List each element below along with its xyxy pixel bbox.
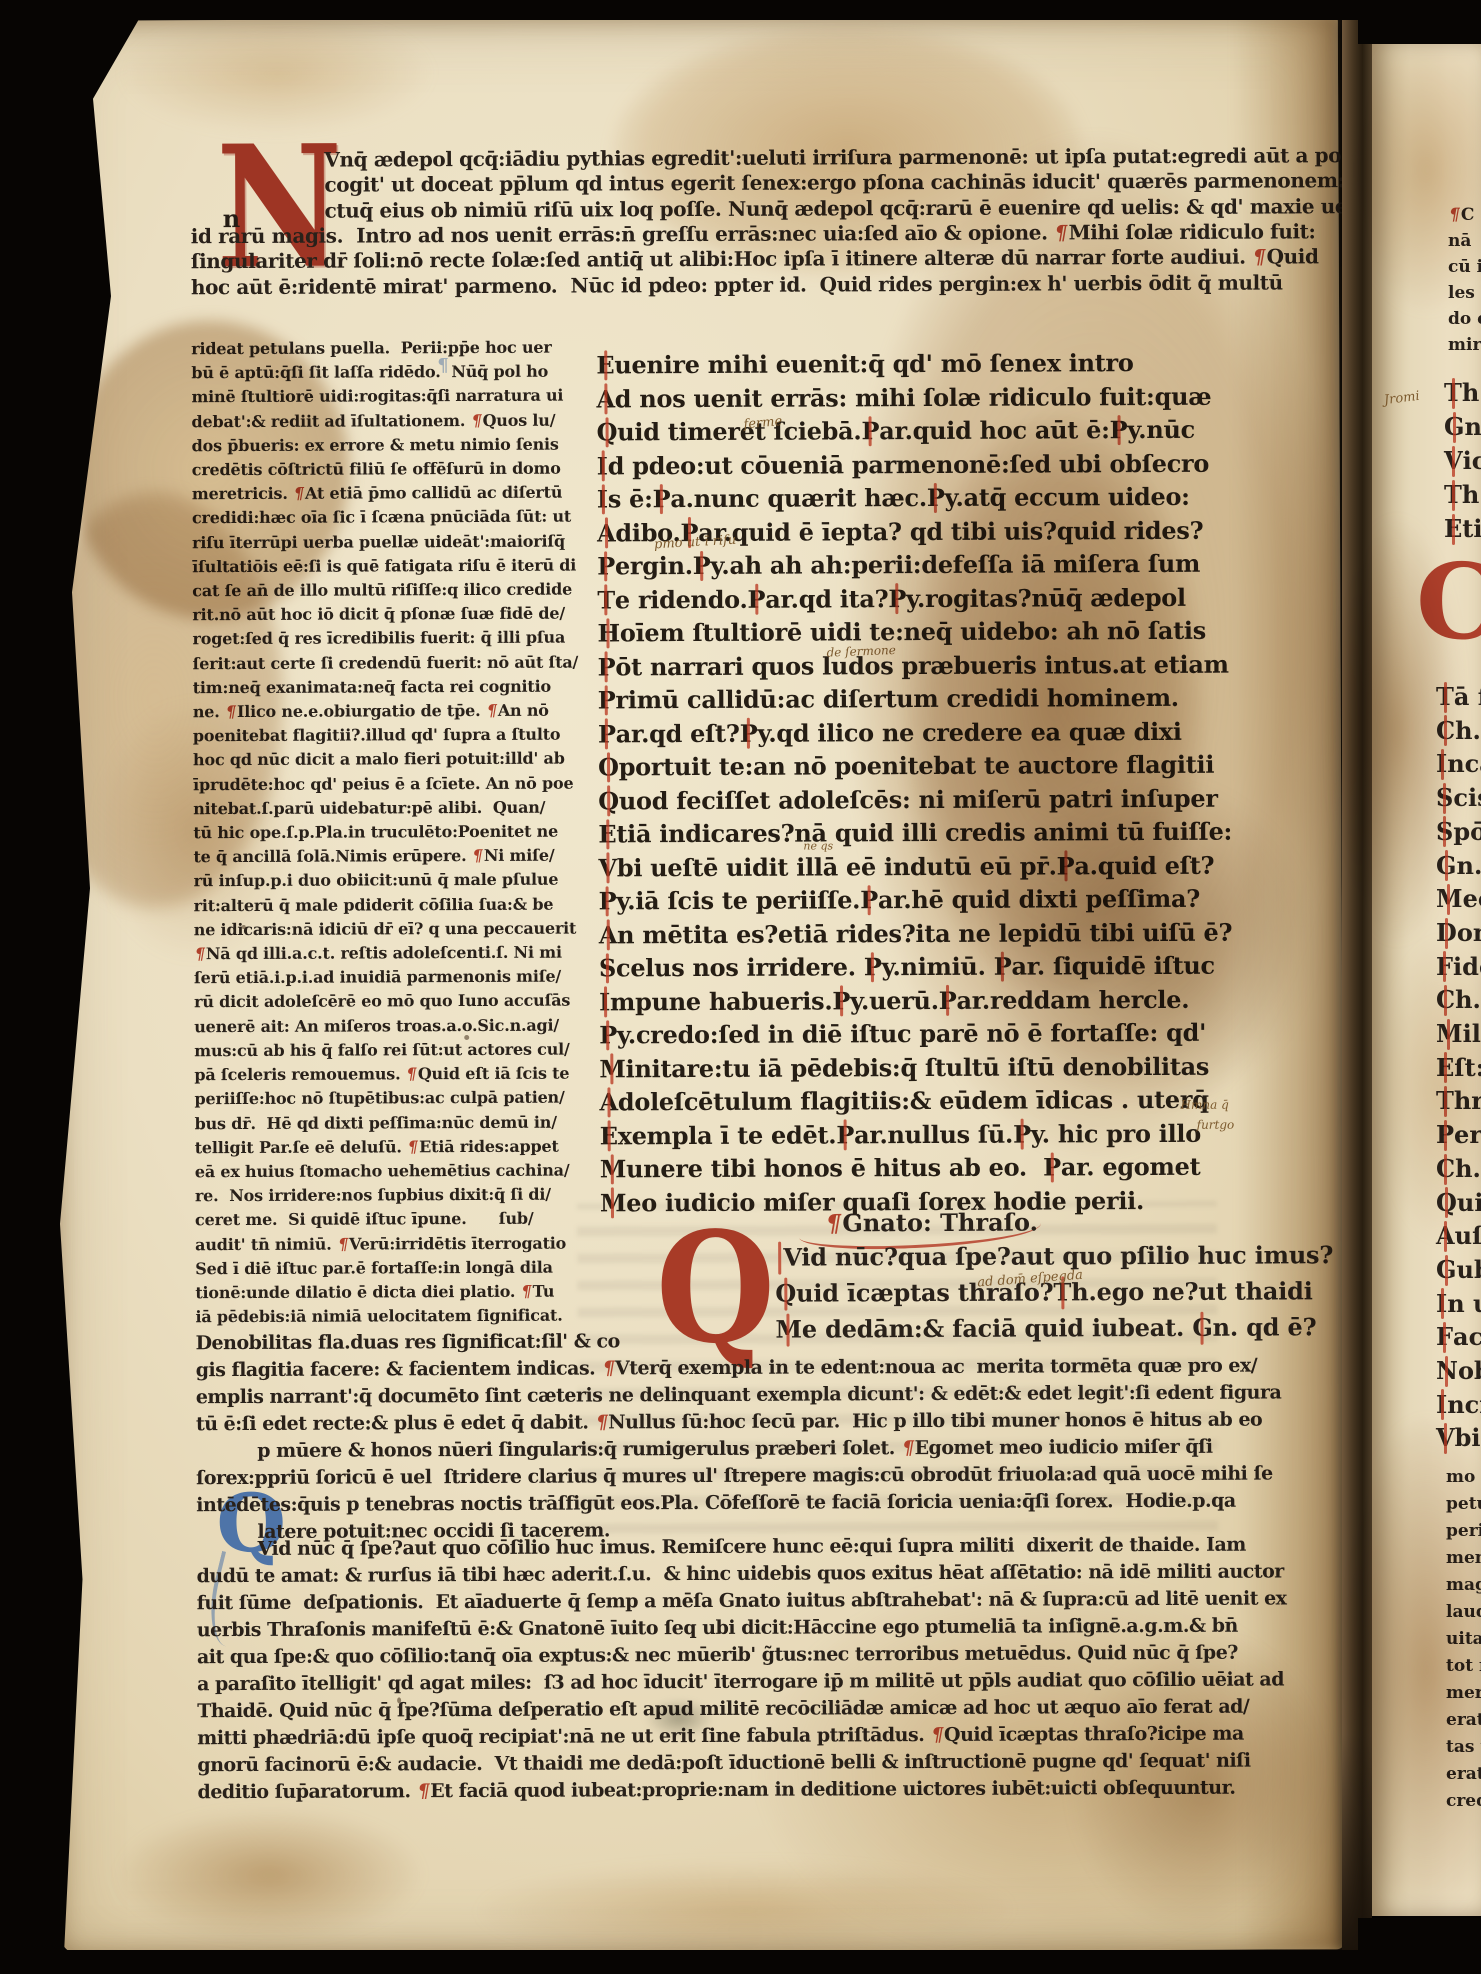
text-line: Munere tibi honos ē hitus ab eo. Par. eg… <box>600 1150 1234 1186</box>
text-line: minē ſtultiorē uidi:rogitas:q̄ſi narratu… <box>191 384 577 410</box>
text-line: Py.credo:ſed in diē iſtuc parē nō ē fort… <box>599 1016 1233 1052</box>
marginal-annotation: furtgo <box>1197 1118 1235 1132</box>
pilcrow-mark: ¶ <box>899 1435 917 1462</box>
text-line: Vbi eſ <box>1436 1421 1481 1455</box>
text-line: Gn.. <box>1436 849 1481 883</box>
text-line: Pōt narrari quos ludos præbueris intus.a… <box>598 647 1232 683</box>
text-line: Spō <box>1436 815 1481 849</box>
pilcrow-mark: ¶ <box>1250 245 1269 270</box>
right-page-fragments-large-top: ThGnVicThEti <box>1444 376 1481 546</box>
text-line: mus:cū ab his q̄ falſo rei ſūt:ut actore… <box>194 1037 580 1063</box>
text-line: Sed ī diē iſtuc par.ē fortaſſe:in longā … <box>195 1255 581 1281</box>
pilcrow-mark: ¶ <box>192 942 208 966</box>
text-line: īprudēte:hoc qd' peius ē a ſcīete. An nō… <box>193 771 579 797</box>
pilcrow-mark: ¶ <box>404 1062 420 1086</box>
marginal-annotation: Hmna q̄ <box>1180 1098 1228 1112</box>
text-line: Py.iā ſcis te periiſſe.Par.hē quid dixti… <box>599 882 1233 918</box>
pilcrow-mark: ¶ <box>1052 220 1071 245</box>
text-line: Oportuit te:an nō poenitebat te auctore … <box>598 748 1232 784</box>
text-line: ceret me. Si quidē iſtuc īpune. ſub/ <box>195 1207 581 1233</box>
text-line: mir <box>1448 332 1481 358</box>
text-line: Adoleſcētulum flagitiis:& eūdem īdicas .… <box>599 1083 1233 1119</box>
stain <box>120 1809 421 1940</box>
text-line: ne idicaris:nā idiciū dr̄ eī? q una pecc… <box>194 916 580 942</box>
text-line: petuo: <box>1446 1491 1481 1518</box>
text-line: Vbi ueſtē uidit illā eē indutū eū pr̄.Pa… <box>598 848 1232 884</box>
commentary-column: rideat petulans puella. Perii:pp̄e hoc u… <box>191 336 581 1330</box>
text-line: telligit Par.ſe eē deluſū. ¶Etiā rides:a… <box>195 1134 581 1160</box>
text-line: Incre <box>1436 1388 1481 1422</box>
text-line: Perpe <box>1436 1118 1481 1152</box>
text-line: rit.nō aūt hoc iō dicit q̄ pſonæ ſuæ fid… <box>192 602 578 628</box>
text-line: rū dicit adoleſcērē eo mō quo Iuno accuſ… <box>194 989 580 1015</box>
text-line: uenerē ait: An miſeros troas.a.o.Sic.n.a… <box>194 1013 580 1039</box>
text-line: memor <box>1446 1545 1481 1572</box>
book-gutter <box>1342 20 1372 1954</box>
text-line: Th <box>1444 478 1481 512</box>
text-line: ne. ¶Ilico ne.e.obiurgatio de tp̄e. ¶An … <box>193 699 579 725</box>
text-line: Scis <box>1436 781 1481 815</box>
text-line: tionē:unde dilatio ē dicta diei platio. … <box>195 1279 581 1305</box>
text-line: tas uer <box>1446 1734 1481 1761</box>
text-line: Tā ſ <box>1436 680 1481 714</box>
text-line: bus dr̄. Hē qd dixti peſſima:nūc demū in… <box>195 1110 581 1136</box>
text-line: debat':& rediit ad īſultationem. ¶Quos l… <box>191 408 577 434</box>
text-line: erat. <box>1446 1761 1481 1788</box>
pilcrow-mark: ¶ <box>519 1280 535 1304</box>
text-line: dos p̄bueris: ex errore & metu nimio ſen… <box>192 432 578 458</box>
text-line: Facili <box>1436 1320 1481 1354</box>
text-line: poenitebat flagitii?.illud qd' ſupra a ſ… <box>193 723 579 749</box>
left-page: N n Q Q ¶ Vnq̄ ædepol qcq̄:iādiu pythias… <box>52 15 1346 1955</box>
text-line: Ad nos uenit errās: mihi ſolæ ridiculo f… <box>596 379 1230 415</box>
ink-spot <box>397 1697 401 1703</box>
right-page-fragments-commentary-bottom: mo itapetuo:periiſſememormagnalaudatuita… <box>1446 1464 1481 1815</box>
pilcrow-mark: ¶ <box>823 1209 845 1237</box>
text-line: credidi:hæc oīa ſic ī ſcæna pnūciāda ſūt… <box>192 505 578 531</box>
text-line: tot res <box>1446 1653 1481 1680</box>
pilcrow-mark: ¶ <box>414 1778 432 1805</box>
text-line: rideat petulans puella. Perii:pp̄e hoc u… <box>191 336 577 362</box>
commentary-footer-1: Denobilitas fla.duas res ſignificat:ſil'… <box>196 1325 1282 1546</box>
text-line: Vic <box>1444 444 1481 478</box>
stain <box>480 1862 1010 1959</box>
text-line: re. Nos irridere:nos ſupbius dixit:q̄ ſi… <box>195 1183 581 1209</box>
text-line: Impune habueris.Py.uerū.Par.reddam hercl… <box>599 982 1233 1018</box>
text-line: uita ho <box>1446 1626 1481 1653</box>
text-line: Exempla ī te edēt.Par.nullus ſū.Py. hic … <box>600 1116 1234 1152</box>
pilcrow-mark: ¶ <box>405 1135 421 1159</box>
text-line: eā ex huius ſtomacho uehemētius cachina/ <box>195 1158 581 1184</box>
text-line: bū ē aptū:q̄ſi ſit laſſa ridēdo. Nūq̄ po… <box>191 360 577 386</box>
ink-spot <box>464 1035 469 1040</box>
right-page-sliver: ¶Cnācū iles cdo cmir ThGnVicThEti C Tā ſ… <box>1372 40 1481 1916</box>
text-line: Don <box>1436 916 1481 950</box>
text-line: Fidē <box>1436 950 1481 984</box>
pilcrow-mark: ¶ <box>223 700 239 724</box>
text-line: ¶C <box>1448 202 1481 228</box>
right-page-fragments-commentary-top: ¶Cnācū iles cdo cmir <box>1448 202 1481 358</box>
drop-cap-c-red: C <box>1416 552 1481 652</box>
backdrop-edge-bottom <box>0 1950 1481 1974</box>
text-line: ¶Gnato: Thraſo. <box>825 1209 1038 1238</box>
text-line: hoc qd nūc dicit a malo fieri potuit:ill… <box>193 747 579 773</box>
text-line: Th <box>1444 376 1481 410</box>
text-line: Id pdeo:ut cōueniā parmenonē:ſed ubi obſ… <box>597 446 1231 482</box>
scene-heading: ¶Gnato: Thraſo. <box>825 1209 1038 1238</box>
text-line: Ch.ſ <box>1436 983 1481 1017</box>
text-line: pā ſceleris remouemus. ¶Quid eſt iā ſcis… <box>194 1062 580 1088</box>
text-line: deditio ſup̄aratorum. ¶Et faciā quod iub… <box>197 1774 1287 1806</box>
text-line: Primū callidū:ac diſertum credidi homine… <box>598 681 1232 717</box>
backdrop-edge-top <box>0 0 1481 20</box>
text-line: Ch. <box>1436 714 1481 748</box>
text-line: Scelus nos irridere. Py.nimiū. Par. ſiqu… <box>599 949 1233 985</box>
marginal-annotation: Jromi <box>1383 390 1420 408</box>
text-line: rit:alterū q̄ male pdiderit cōſilia ſua:… <box>194 892 580 918</box>
text-line: Quid timeret ſciebā.Par.quid hoc aūt ē:P… <box>597 413 1231 449</box>
text-line: meretricis. ¶At etiā p̄mo callidū ac diſ… <box>192 481 578 507</box>
text-line: An mētita es?etiā rides?ita ne lepidū ti… <box>599 915 1233 951</box>
pilcrow-mark: ¶ <box>470 844 486 868</box>
text-line: Mile <box>1436 1017 1481 1051</box>
text-line: meretri <box>1446 1680 1481 1707</box>
text-line: Gn <box>1444 410 1481 444</box>
backdrop-corner-top-right <box>1358 0 1481 44</box>
text-line: erat trā <box>1446 1707 1481 1734</box>
text-line: nitebat.ſ.parū uidebatur:pē alibi. Quan/ <box>193 795 579 821</box>
text-line: tū hic ope.ſ.p.Pla.in truculēto:Poenitet… <box>193 820 579 846</box>
text-line: magna <box>1446 1572 1481 1599</box>
text-line: te q̄ ancillā ſolā.Nimis erūpere. ¶Ni mi… <box>193 844 579 870</box>
text-line: Hoīem ſtultiorē uidi te:neq̄ uidebo: ah … <box>597 614 1231 650</box>
text-line: tim:neq̄ exanimata:neq̄ facta rei cognit… <box>193 674 579 700</box>
text-line: iā pēdebis:iā nimiā uelocitatem ſignific… <box>195 1304 581 1330</box>
text-line: Gube <box>1436 1253 1481 1287</box>
text-line: Auſu <box>1436 1219 1481 1253</box>
marginal-annotation: de ſermone <box>826 643 896 660</box>
text-line: Pergin.Py.ah ah ah:perii:defeſſa iā miſe… <box>597 547 1231 583</box>
text-line: ſerū etiā.i.p.i.ad inuidiā parmenonis mi… <box>194 965 580 991</box>
text-line: Thr. <box>1436 1084 1481 1118</box>
text-line: cat ſe an̄ de illo multū riſiſſe:q ilico… <box>192 578 578 604</box>
text-line: intēdētes:q̄uis p tenebras noctis trāſfi… <box>196 1487 1282 1519</box>
pilcrow-mark: ¶ <box>335 1232 351 1256</box>
commentary-intro-indented: Vnq̄ ædepol qcq̄:iādiu pythias egredit':… <box>324 143 1391 224</box>
text-line: Eſt:f <box>1436 1051 1481 1085</box>
text-line: In un <box>1436 1287 1481 1321</box>
text-line: periiſſe <box>1446 1518 1481 1545</box>
text-line: Inca <box>1436 747 1481 781</box>
text-line: Euenire mihi euenit:q̄ qd' mō ſenex intr… <box>596 346 1230 382</box>
ink-spot <box>242 925 246 929</box>
text-line: ſerit:aut certe ſi credendū fuerit: nō a… <box>193 650 579 676</box>
commentary-footer-2: Vid nūc q̄ ſpe?aut quo cōſilio huc imus.… <box>196 1531 1287 1806</box>
text-line: Ch.q <box>1436 1152 1481 1186</box>
text-line: credētis cōſtrictū filiū ſe offēſurū in … <box>192 457 578 483</box>
backdrop-corner-bottom-right <box>1358 1918 1481 1974</box>
text-line: credo:ſ <box>1446 1788 1481 1815</box>
text-line: les c <box>1448 280 1481 306</box>
text-line: audit' tn̄ nimiū. ¶Verū:irridētis īterro… <box>195 1231 581 1257</box>
right-page-fragments-verse: Tā ſCh.IncaScisSpōGn..MeoDonFidēCh.ſMile… <box>1436 680 1481 1455</box>
text-line: riſu īterrūpi uerba puellæ uideāt':maior… <box>192 529 578 555</box>
text-line: Qui d <box>1436 1186 1481 1220</box>
text-line: Quod feciſſet adoleſcēs: ni miſerū patri… <box>598 781 1232 817</box>
text-line: laudat <box>1446 1599 1481 1626</box>
pilcrow-mark: ¶ <box>592 1409 610 1436</box>
pilcrow-mark: ¶ <box>599 1355 617 1382</box>
text-line: Etiā indicares?nā quid illi credis animi… <box>598 815 1232 851</box>
commentary-intro: id rarū magis. Intro ad nos uenit errās:… <box>191 219 1319 300</box>
pilcrow-mark: ¶ <box>928 1722 946 1749</box>
text-line: īſultatiōis eē:ſi is quē fatigata riſu ē… <box>192 553 578 579</box>
pilcrow-mark: ¶ <box>468 409 484 433</box>
pilcrow-mark: ¶ <box>1446 202 1463 228</box>
text-line: periiſſe:hoc nō ſtupētibus:ac culpā pati… <box>194 1086 580 1112</box>
text-line: Par.qd eſt?Py.qd ilico ne credere ea quæ… <box>598 714 1232 750</box>
text-line: Is ē:Pa.nunc quærit hæc.Py.atq̄ eccum ui… <box>597 480 1231 516</box>
text-line: Te ridendo.Par.qd ita?Py.rogitas?nūq̄ æd… <box>597 580 1231 616</box>
text-line: roget:ſed q̄ res īcredibilis fuerit: q̄ … <box>192 626 578 652</box>
pilcrow-mark: ¶ <box>291 482 307 506</box>
verse-column: Euenire mihi euenit:q̄ qd' mō ſenex intr… <box>596 346 1234 1220</box>
text-line: Nobi <box>1436 1354 1481 1388</box>
text-line: hoc aūt ē:ridentē mirat' parmeno. Nūc id… <box>191 270 1319 300</box>
text-line: nā <box>1448 228 1481 254</box>
pilcrow-mark: ¶ <box>484 699 500 723</box>
marginal-annotation: ne qs <box>803 839 833 853</box>
text-line: ¶Nā qd illi.a.c.t. reſtis adoleſcenti.ſ.… <box>194 941 580 967</box>
text-line: Meo <box>1436 882 1481 916</box>
text-line: cū i <box>1448 254 1481 280</box>
text-line: mo ita <box>1446 1464 1481 1491</box>
text-line: rū inſup.p.i duo obiicit:unū q̄ male pſu… <box>193 868 579 894</box>
text-line: Minitare:tu iā pēdebis:q̄ ſtultū iſtū de… <box>599 1049 1233 1085</box>
text-line: do c <box>1448 306 1481 332</box>
